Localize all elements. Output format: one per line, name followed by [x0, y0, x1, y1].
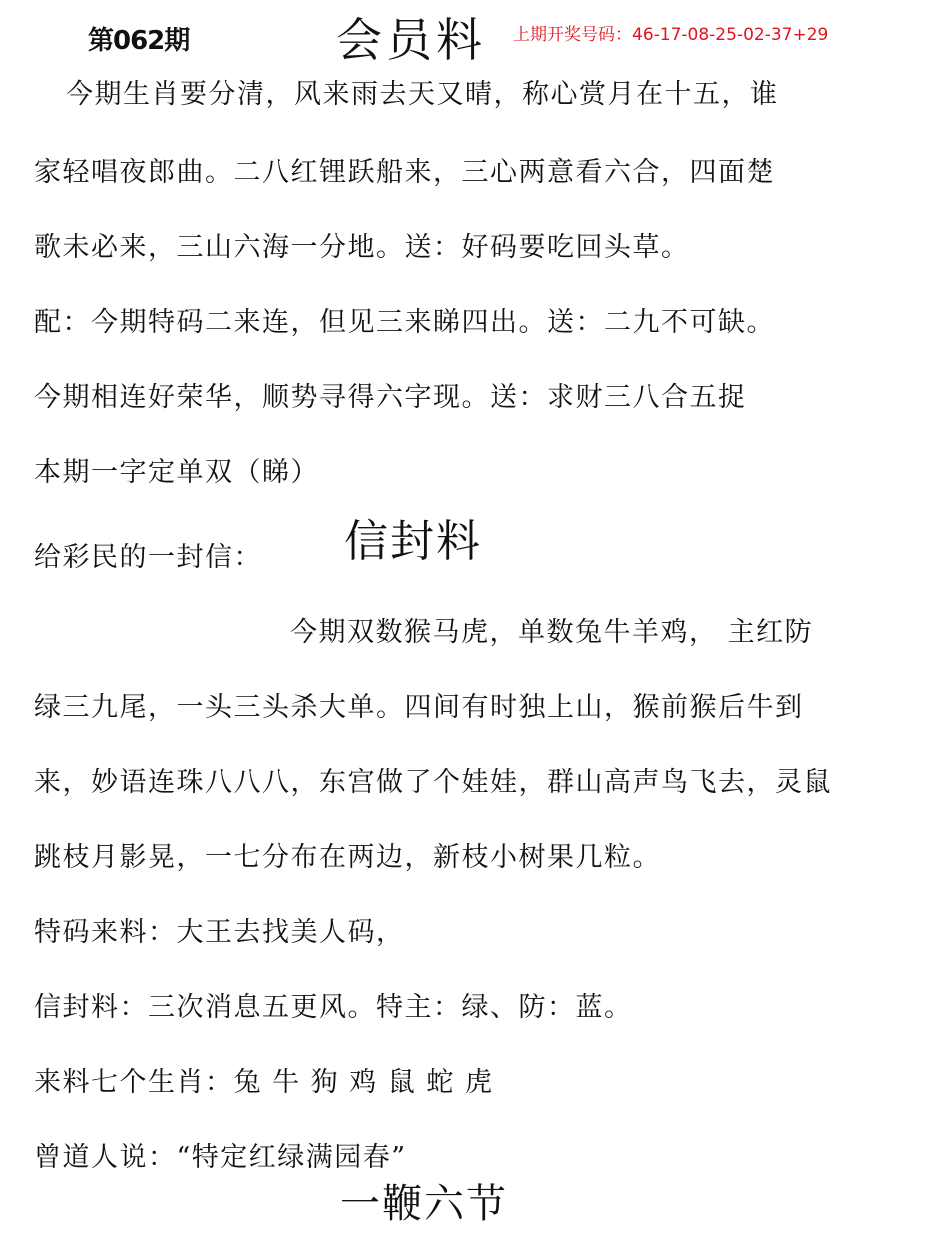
- tip-seven-zodiacs: 来料七个生肖：兔 牛 狗 鸡 鼠 蛇 虎: [34, 1060, 494, 1099]
- member-line-1: 今期生肖要分清，风来雨去天又晴，称心赏月在十五，谁: [66, 72, 779, 111]
- letter-line-2: 绿三九尾，一头三头杀大单。四间有时独上山，猴前猴后牛到: [34, 685, 804, 724]
- section-title-envelope: 信封料: [344, 505, 482, 569]
- letter-intro: 给彩民的一封信：: [34, 535, 262, 574]
- closing-phrase: 一鞭六节: [340, 1172, 508, 1229]
- letter-line-1: 今期双数猴马虎，单数兔牛羊鸡， 主红防: [290, 610, 813, 649]
- letter-line-4: 跳枝月影晃，一七分布在两边，新枝小树果几粒。: [34, 835, 661, 874]
- tip-envelope: 信封料：三次消息五更风。特主：绿、防：蓝。: [34, 985, 633, 1024]
- last-draw-numbers: 上期开奖号码：46-17-08-25-02-37+29: [513, 20, 828, 45]
- member-line-3: 歌未必来，三山六海一分地。送：好码要吃回头草。: [34, 225, 690, 264]
- member-line-4: 配：今期特码二来连，但见三来睇四出。送：二九不可缺。: [34, 300, 775, 339]
- tip-special-code: 特码来料：大王去找美人码，: [34, 910, 405, 949]
- member-line-5: 今期相连好荣华，顺势寻得六字现。送：求财三八合五捉: [34, 375, 747, 414]
- letter-line-3: 来，妙语连珠八八八，东宫做了个娃娃，群山高声鸟飞去，灵鼠: [34, 760, 832, 799]
- member-line-6: 本期一字定单双（睇）: [34, 450, 319, 489]
- member-line-2: 家轻唱夜郎曲。二八红锂跃船来，三心两意看六合，四面楚: [34, 150, 775, 189]
- issue-number: 第062期: [88, 20, 189, 57]
- tip-quote: 曾道人说：“特定红绿满园春”: [34, 1135, 407, 1174]
- page-title: 会员料: [336, 4, 486, 70]
